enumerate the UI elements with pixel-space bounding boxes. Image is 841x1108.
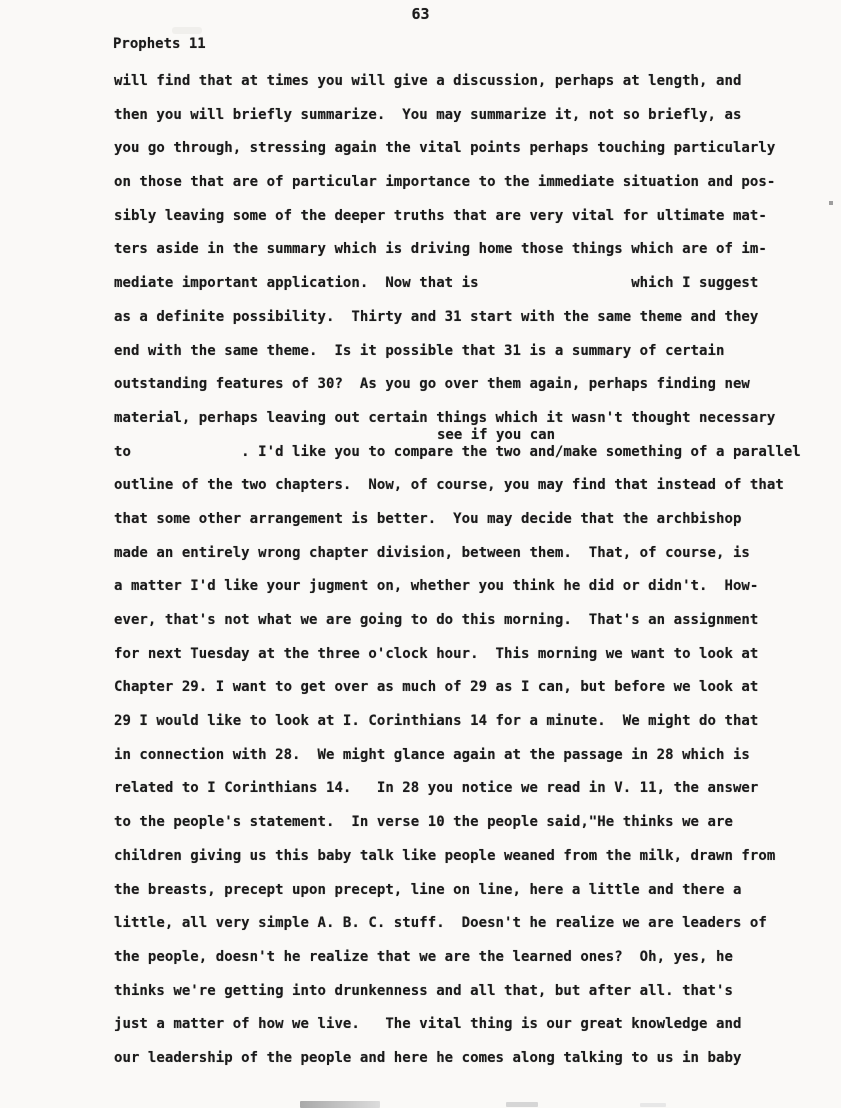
typewritten-line: sibly leaving some of the deeper truths … [114,200,834,234]
typewritten-line: mediate important application. Now that … [114,267,834,301]
typewritten-line: ters aside in the summary which is drivi… [114,233,834,267]
page-heading: Prophets 11 [113,36,206,52]
typewritten-line: outline of the two chapters. Now, of cou… [114,469,834,503]
typewritten-line: our leadership of the people and here he… [114,1042,834,1076]
typewritten-line: a matter I'd like your jugment on, wheth… [114,570,834,604]
typewritten-line: the people, doesn't he realize that we a… [114,941,834,975]
typewritten-line: ever, that's not what we are going to do… [114,604,834,638]
typewritten-line: for next Tuesday at the three o'clock ho… [114,638,834,672]
typewritten-line: the breasts, precept upon precept, line … [114,874,834,908]
scan-edge-artifact [300,1101,380,1108]
typewritten-line: Chapter 29. I want to get over as much o… [114,671,834,705]
typewritten-line: thinks we're getting into drunkenness an… [114,975,834,1009]
scan-edge-artifact [640,1103,666,1107]
scan-smudge [172,27,202,34]
typewritten-line: children giving us this baby talk like p… [114,840,834,874]
typewritten-line: will find that at times you will give a … [114,65,834,99]
typewritten-line: to the people's statement. In verse 10 t… [114,806,834,840]
typewritten-line: as a definite possibility. Thirty and 31… [114,301,834,335]
typewritten-line: just a matter of how we live. The vital … [114,1008,834,1042]
scan-edge-artifact [506,1102,538,1107]
typewritten-line: then you will briefly summarize. You may… [114,99,834,133]
typewritten-line: outstanding features of 30? As you go ov… [114,368,834,402]
typewritten-line: you go through, stressing again the vita… [114,132,834,166]
typewritten-body: will find that at times you will give a … [114,65,834,1076]
typewritten-line: end with the same theme. Is it possible … [114,335,834,369]
interlinear-insertion: see if you can [437,427,555,443]
typewritten-line: little, all very simple A. B. C. stuff. … [114,907,834,941]
document-page: 63 Prophets 11 will find that at times y… [0,0,841,1108]
page-number: 63 [0,5,841,23]
typewritten-line: 29 I would like to look at I. Corinthian… [114,705,834,739]
scan-speck [829,201,833,205]
typewritten-line: on those that are of particular importan… [114,166,834,200]
typewritten-line: made an entirely wrong chapter division,… [114,537,834,571]
typewritten-line: in connection with 28. We might glance a… [114,739,834,773]
typewritten-line: that some other arrangement is better. Y… [114,503,834,537]
typewritten-line: related to I Corinthians 14. In 28 you n… [114,772,834,806]
